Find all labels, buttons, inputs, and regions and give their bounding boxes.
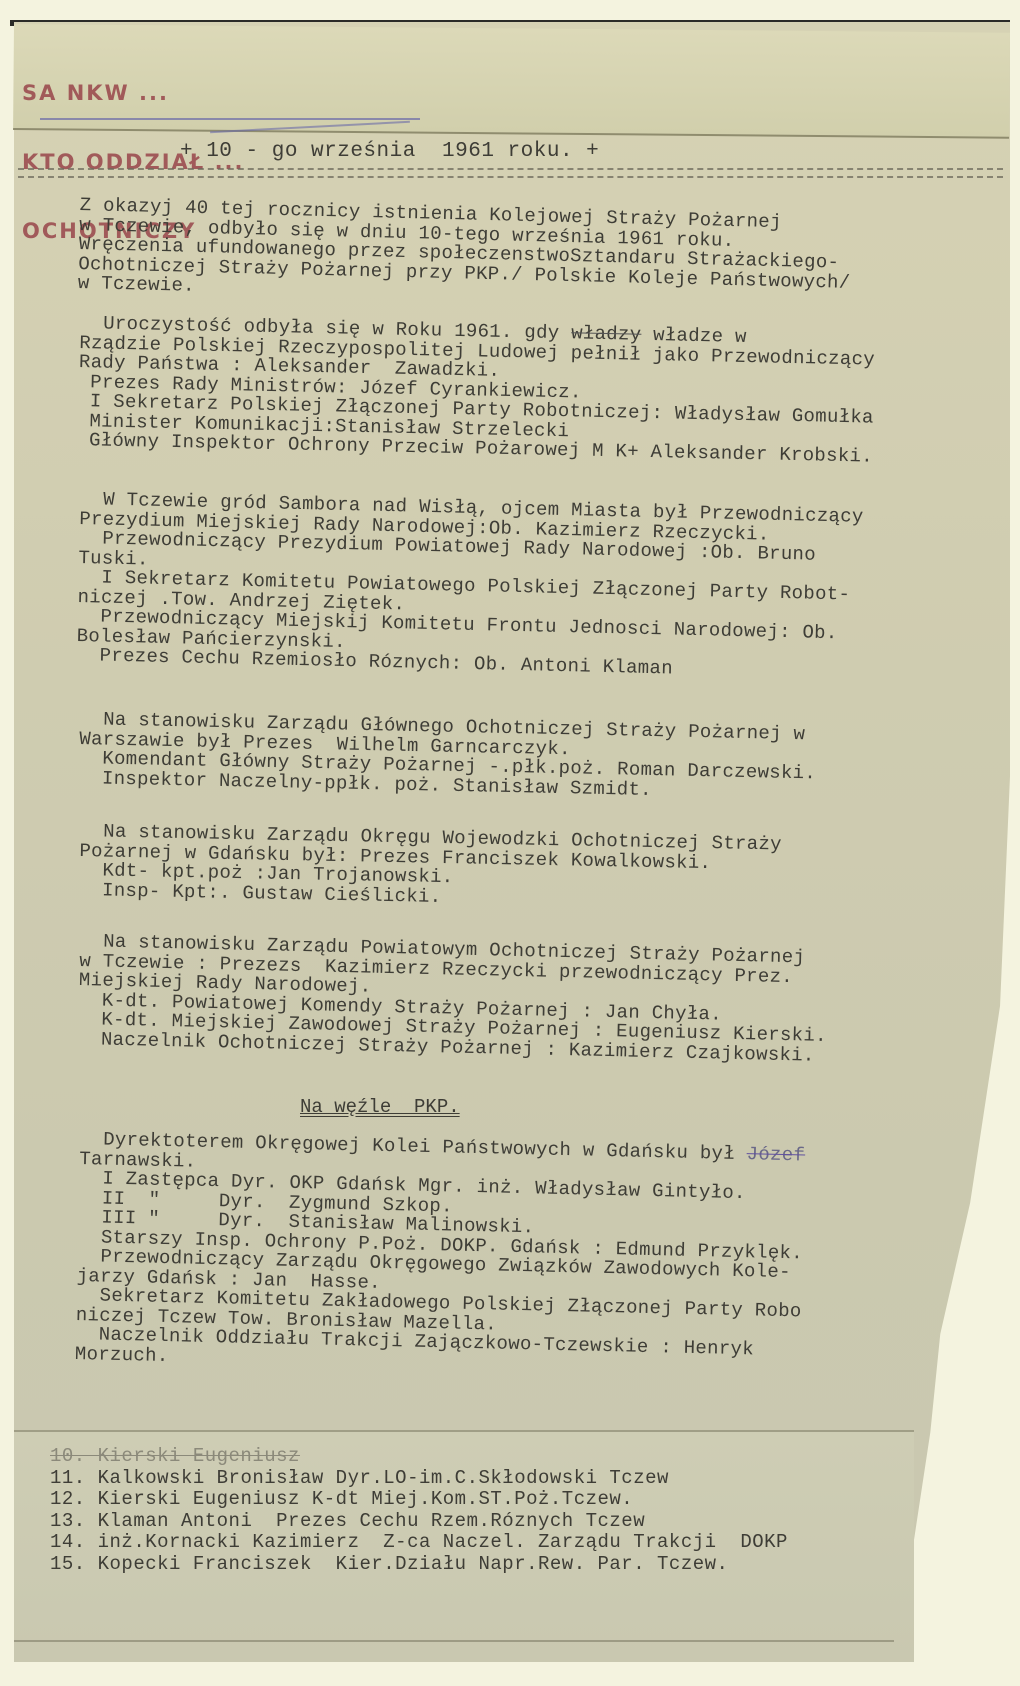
list-item: 15. Kopecki Franciszek Kier.Działu Napr.… [50,1554,788,1576]
list-item-text: Kalkowski Bronisław Dyr.LO-im.C.Skłodows… [98,1467,669,1489]
list-item: 12. Kierski Eugeniusz K-dt Miej.Kom.ST.P… [50,1489,788,1511]
stamp-line: SA NKW ... [22,82,245,105]
list-item-text: Kierski Eugeniusz K-dt Miej.Kom.ST.Poż.T… [98,1488,634,1510]
paragraph-county-board: Na stanowisku Zarządu Powiatowym Ochotni… [77,932,1009,1070]
section-heading-pkp: Na węźle PKP. [300,1096,460,1118]
paragraph-railway-node: Dyrektoterem Okręgowej Kolei Państwowych… [75,1130,1010,1385]
names-list: 10. Kierski Eugeniusz 11. Kalkowski Bron… [50,1446,788,1575]
list-item-number: 15. [50,1553,86,1575]
paper-fold-line [14,1640,894,1642]
list-item: 13. Klaman Antoni Prezes Cechu Rzem.Rózn… [50,1511,788,1533]
list-item: 11. Kalkowski Bronisław Dyr.LO-im.C.Skło… [50,1468,788,1490]
paragraph-state-authorities: Uroczystość odbyła się w Roku 1961. gdy … [77,314,1010,470]
document-date-title: + 10 - go września 1961 roku. + [180,142,599,162]
list-item-text: Kopecki Franciszek Kier.Działu Napr.Rew.… [98,1553,729,1575]
struck-text: Józef [746,1143,805,1166]
crossed-list-item: 10. Kierski Eugeniusz [50,1446,788,1468]
list-item-text: Klaman Antoni Prezes Cechu Rzem.Róznych … [98,1510,646,1532]
list-item-number: 12. [50,1488,86,1510]
list-item-number: 11. [50,1467,86,1489]
pen-mark [40,118,420,120]
paragraph-tczew-authorities: W Tczewie gród Sambora nad Wisłą, ojcem … [76,490,1010,687]
title-double-rule [18,168,1003,178]
list-item-number: 13. [50,1510,86,1532]
list-item-text: inż.Kornacki Kazimierz Z-ca Naczel. Zarz… [98,1531,788,1553]
list-item: 14. inż.Kornacki Kazimierz Z-ca Naczel. … [50,1532,788,1554]
list-item-number: 14. [50,1531,86,1553]
